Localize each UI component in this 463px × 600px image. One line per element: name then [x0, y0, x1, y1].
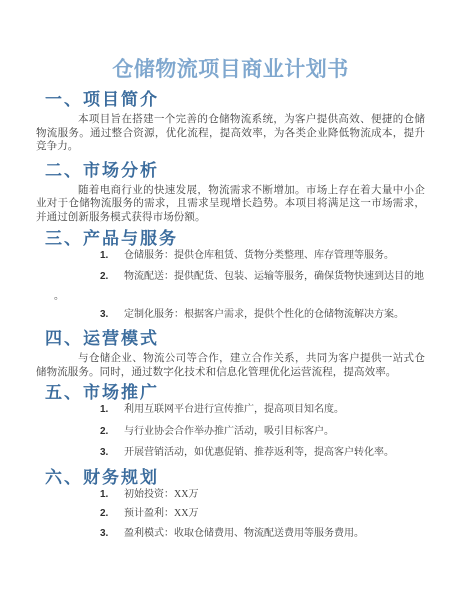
- numbered-list: 1. 利用互联网平台进行宣传推广，提高项目知名度。 2. 与行业协会合作举办推广…: [36, 404, 425, 460]
- list-item-number: 1.: [100, 404, 124, 417]
- section-heading-operating-model: 四、运营模式: [45, 329, 425, 348]
- list-item: 3. 定制化服务：根据客户需求，提供个性化的仓储物流解决方案。: [36, 309, 425, 322]
- numbered-list: 1. 初始投资：XX万 2. 预计盈利：XX万 3. 盈利模式：收取仓储费用、物…: [36, 489, 425, 541]
- section-heading-products-services: 三、产品与服务: [45, 229, 425, 248]
- list-item-text: 利用互联网平台进行宣传推广，提高项目知名度。: [124, 404, 425, 417]
- list-item-number: 1.: [100, 250, 124, 263]
- list-item-text: 物流配送：提供配货、包装、运输等服务，确保货物快速到达目的地: [124, 271, 425, 284]
- list-item: 3. 盈利模式：收取仓储费用、物流配送费用等服务费用。: [36, 528, 425, 541]
- list-item: 3. 开展营销活动，如优惠促销、推荐返利等，提高客户转化率。: [36, 447, 425, 460]
- paragraph: 本项目旨在搭建一个完善的仓储物流系统，为客户提供高效、便捷的仓储物流服务。通过整…: [36, 113, 425, 154]
- list-item: 2. 预计盈利：XX万: [36, 508, 425, 521]
- list-item-text: 盈利模式：收取仓储费用、物流配送费用等服务费用。: [124, 528, 425, 541]
- section-heading-marketing: 五、市场推广: [45, 383, 425, 402]
- list-item-number: 2.: [100, 271, 124, 284]
- list-item-text: 与行业协会合作举办推广活动，吸引目标客户。: [124, 426, 425, 439]
- list-item-text: 。: [54, 291, 425, 304]
- section-heading-project-intro: 一、项目简介: [45, 90, 425, 109]
- document-page: 仓储物流项目商业计划书 一、项目简介 本项目旨在搭建一个完善的仓储物流系统，为客…: [0, 0, 463, 600]
- list-item-text: 定制化服务：根据客户需求，提供个性化的仓储物流解决方案。: [124, 309, 425, 322]
- list-item-text: 仓储服务：提供仓库租赁、货物分类整理、库存管理等服务。: [124, 250, 425, 263]
- list-item-continuation: 。: [36, 291, 425, 304]
- numbered-list: 1. 仓储服务：提供仓库租赁、货物分类整理、库存管理等服务。 2. 物流配送：提…: [36, 250, 425, 321]
- list-item-number: 3.: [100, 309, 124, 322]
- list-item-number: 3.: [100, 528, 124, 541]
- section-heading-financial-plan: 六、财务规划: [45, 468, 425, 487]
- page-title: 仓储物流项目商业计划书: [36, 56, 425, 82]
- list-item: 1. 利用互联网平台进行宣传推广，提高项目知名度。: [36, 404, 425, 417]
- list-item-text: 初始投资：XX万: [124, 489, 425, 502]
- list-item: 2. 与行业协会合作举办推广活动，吸引目标客户。: [36, 426, 425, 439]
- list-item-number: 3.: [100, 447, 124, 460]
- list-item-text: 预计盈利：XX万: [124, 508, 425, 521]
- list-item: 1. 仓储服务：提供仓库租赁、货物分类整理、库存管理等服务。: [36, 250, 425, 263]
- list-item-number: 2.: [100, 426, 124, 439]
- list-item-text: 开展营销活动，如优惠促销、推荐返利等，提高客户转化率。: [124, 447, 425, 460]
- paragraph: 随着电商行业的快速发展，物流需求不断增加。市场上存在着大量中小企业对于仓储物流服…: [36, 184, 425, 225]
- paragraph: 与仓储企业、物流公司等合作，建立合作关系，共同为客户提供一站式仓储物流服务。同时…: [36, 352, 425, 379]
- list-item-number: 2.: [100, 508, 124, 521]
- list-item: 1. 初始投资：XX万: [36, 489, 425, 502]
- list-item: 2. 物流配送：提供配货、包装、运输等服务，确保货物快速到达目的地: [36, 271, 425, 284]
- list-item-number: 1.: [100, 489, 124, 502]
- section-heading-market-analysis: 二、市场分析: [45, 161, 425, 180]
